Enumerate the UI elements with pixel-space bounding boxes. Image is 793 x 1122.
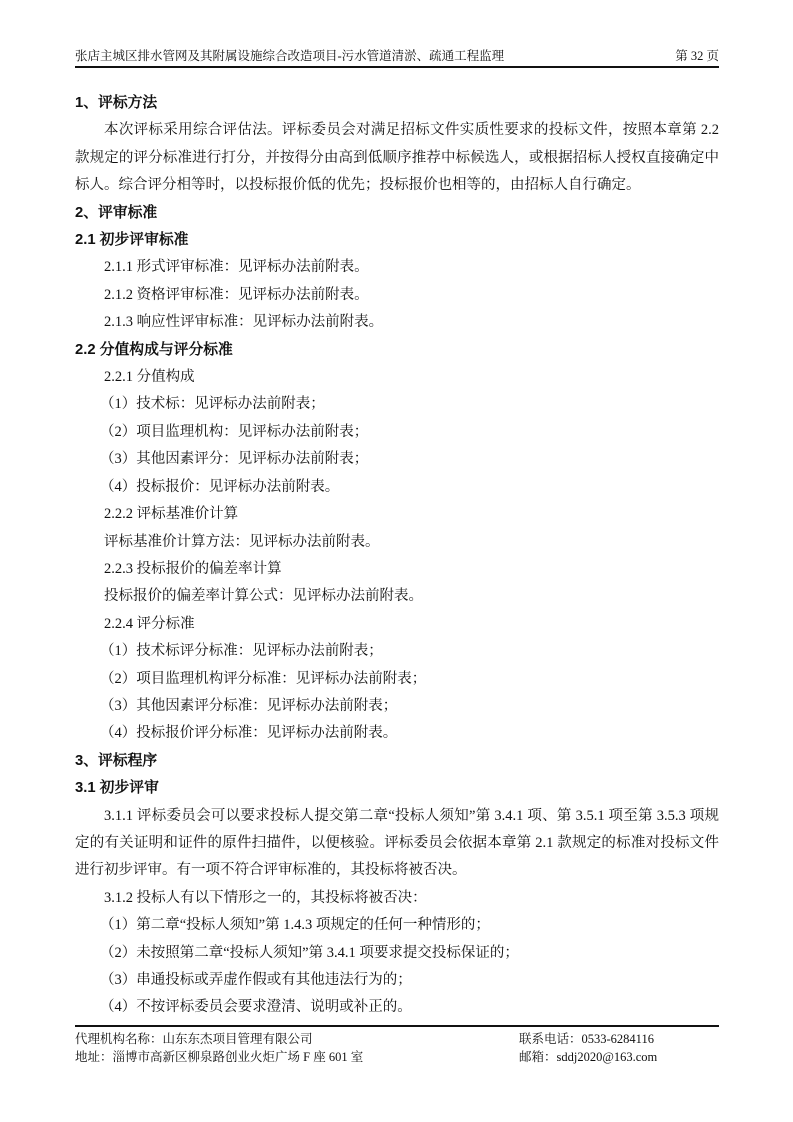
clause-line: 2.1.3 响应性评审标准：见评标办法前附表。	[75, 309, 719, 336]
list-item: （4）投标报价：见评标办法前附表。	[75, 474, 719, 501]
list-item: （2）未按照第二章“投标人须知”第 3.4.1 项要求提交投标保证的；	[75, 940, 719, 967]
subsection-heading: 3.1 初步评审	[75, 775, 719, 802]
section-heading: 2、评审标准	[75, 200, 719, 227]
list-item: （1）技术标评分标准：见评标办法前附表；	[75, 638, 719, 665]
paragraph: 本次评标采用综合评估法。评标委员会对满足招标文件实质性要求的投标文件，按照本章第…	[75, 117, 719, 199]
footer-address: 地址：淄博市高新区柳泉路创业火炬广场 F 座 601 室	[75, 1048, 519, 1066]
footer-row-2: 地址：淄博市高新区柳泉路创业火炬广场 F 座 601 室 邮箱：sddj2020…	[75, 1048, 719, 1066]
header-page-number: 第 32 页	[655, 48, 719, 64]
document-body: 1、评标方法本次评标采用综合评估法。评标委员会对满足招标文件实质性要求的投标文件…	[75, 90, 719, 1022]
footer-row-1: 代理机构名称：山东东杰项目管理有限公司 联系电话：0533-6284116	[75, 1030, 719, 1048]
clause-line: 2.2.3 投标报价的偏差率计算	[75, 556, 719, 583]
list-item: （2）项目监理机构：见评标办法前附表；	[75, 419, 719, 446]
list-item: （3）串通投标或弄虚作假或有其他违法行为的；	[75, 967, 719, 994]
list-item: （1）第二章“投标人须知”第 1.4.3 项规定的任何一种情形的；	[75, 912, 719, 939]
header-project-title: 张店主城区排水管网及其附属设施综合改造项目-污水管道清淤、疏通工程监理	[75, 48, 504, 64]
clause-line: 2.1.2 资格评审标准：见评标办法前附表。	[75, 282, 719, 309]
page-header: 张店主城区排水管网及其附属设施综合改造项目-污水管道清淤、疏通工程监理 第 32…	[75, 48, 719, 68]
list-item: （4）不按评标委员会要求澄清、说明或补正的。	[75, 994, 719, 1021]
clause-line: 2.2.2 评标基准价计算	[75, 501, 719, 528]
clause-line: 2.2.1 分值构成	[75, 364, 719, 391]
list-item: （2）项目监理机构评分标准：见评标办法前附表；	[75, 666, 719, 693]
subsection-heading: 2.1 初步评审标准	[75, 227, 719, 254]
page-footer: 代理机构名称：山东东杰项目管理有限公司 联系电话：0533-6284116 地址…	[75, 1025, 719, 1066]
list-item: （4）投标报价评分标准：见评标办法前附表。	[75, 720, 719, 747]
footer-phone: 联系电话：0533-6284116	[519, 1030, 719, 1048]
list-item: （1）技术标：见评标办法前附表；	[75, 391, 719, 418]
section-heading: 3、评标程序	[75, 748, 719, 775]
list-item: （3）其他因素评分标准：见评标办法前附表；	[75, 693, 719, 720]
footer-agency-name: 代理机构名称：山东东杰项目管理有限公司	[75, 1030, 519, 1048]
clause-line: 2.1.1 形式评审标准：见评标办法前附表。	[75, 254, 719, 281]
clause-line: 评标基准价计算方法：见评标办法前附表。	[75, 529, 719, 556]
clause-line: 3.1.2 投标人有以下情形之一的，其投标将被否决：	[75, 885, 719, 912]
subsection-heading: 2.2 分值构成与评分标准	[75, 337, 719, 364]
list-item: （3）其他因素评分：见评标办法前附表；	[75, 446, 719, 473]
paragraph: 3.1.1 评标委员会可以要求投标人提交第二章“投标人须知”第 3.4.1 项、…	[75, 803, 719, 885]
clause-line: 投标报价的偏差率计算公式：见评标办法前附表。	[75, 583, 719, 610]
section-heading: 1、评标方法	[75, 90, 719, 117]
footer-email: 邮箱：sddj2020@163.com	[519, 1048, 719, 1066]
clause-line: 2.2.4 评分标准	[75, 611, 719, 638]
document-page: 张店主城区排水管网及其附属设施综合改造项目-污水管道清淤、疏通工程监理 第 32…	[0, 0, 793, 1122]
